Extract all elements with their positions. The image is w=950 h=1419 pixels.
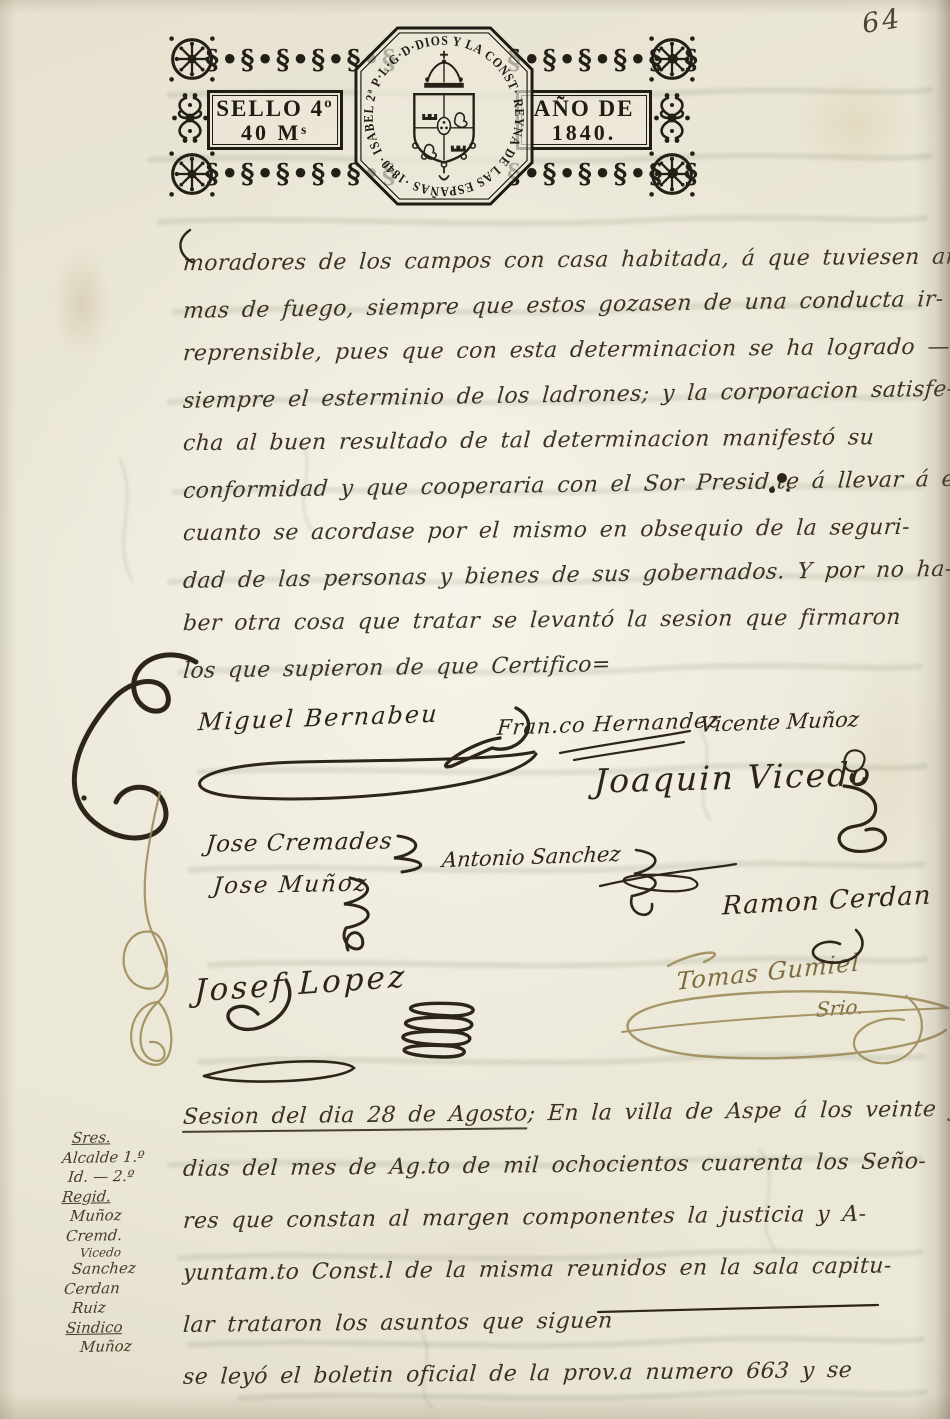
vicedo-rubric — [839, 786, 885, 851]
session-heading-line: Sesion del dia 28 de Agosto; En la villa… — [181, 1084, 934, 1144]
stamp-year-box: AÑO DE 1840. — [516, 90, 652, 150]
scroll-ornament-row: §•§•§•§•§•§ — [205, 150, 351, 202]
session-heading-rest: ; En la villa de Aspe á los veinte y och… — [527, 1096, 950, 1126]
session-line: lar trataron los asuntos que siguen — [181, 1292, 934, 1352]
margin-note: Muñoz — [69, 1205, 188, 1227]
body-line: los que supieron de que Certifico= — [181, 637, 929, 694]
margin-note: Alcalde 1.º — [61, 1146, 188, 1168]
signature-antonio-sanchez: Antonio Sanchez — [441, 842, 622, 872]
margin-note: Id. — 2.º — [67, 1166, 188, 1188]
scroll-ornament-row: §•§•§•§•§•§ — [205, 36, 351, 88]
revenue-stamp: §•§•§•§•§•§ §•§•§•§•§•§ §•§•§•§•§•§ §•§•… — [165, 35, 695, 207]
margin-note: Cerdan — [63, 1277, 188, 1299]
folio-number: 64 — [860, 3, 905, 40]
stamp-class-line2: 40 Mˢ — [241, 121, 309, 145]
signature-francisco-hernandez: Fran.co Hernandez — [496, 708, 721, 740]
margin-paraph — [74, 655, 196, 838]
session-line: dias del mes de Ag.to de mil ochocientos… — [181, 1136, 934, 1196]
signature-jose-cremades: Jose Cremades — [205, 828, 394, 857]
session-line: se leyó el boletin oficial de la prov.a … — [181, 1344, 934, 1404]
signature-secretary-title: Srio. — [815, 994, 864, 1022]
signature-jose-munoz: Jose Muñoz — [212, 871, 369, 900]
stamp-class-box: SELLO 4º 40 Mˢ — [207, 90, 343, 150]
paper-stain — [52, 250, 112, 360]
sanchez-rubric — [631, 850, 655, 915]
signature-ramon-cerdan: Ramon Cerdan — [722, 880, 932, 921]
stamp-year-line2: 1840. — [552, 121, 617, 145]
margin-note: Regid. — [61, 1185, 188, 1207]
scroll-cluster-ornament — [653, 89, 691, 147]
margin-note: Muñoz — [79, 1336, 188, 1357]
body-paragraph: moradores de los campos con casa habitad… — [183, 238, 928, 688]
stamp-octagon-seal: ISABEL 2ª P·L·G·D·DIOS Y LA CONST· REYNA… — [353, 24, 535, 208]
session-record: Sesion del dia 28 de Agosto; En la villa… — [183, 1088, 933, 1400]
signature-joaquin-vicedo: Joaquin Vicedo — [594, 754, 873, 800]
signature-vicente-munoz: Vicente Muñoz — [699, 707, 860, 737]
paper-stain — [790, 70, 920, 180]
margin-note: Sindico — [65, 1316, 188, 1338]
signature-miguel-bernabeu: Miguel Bernabeu — [197, 700, 440, 736]
margin-note: Sanchez — [71, 1258, 188, 1280]
signature-secretary: Tomas Gumiel — [676, 948, 861, 996]
margin-note: Cremd. — [65, 1224, 188, 1246]
session-line: yuntam.to Const.l de la misma reunidos e… — [181, 1240, 934, 1300]
stamp-year-line1: AÑO DE — [534, 96, 635, 121]
session-line: res que constan al margen componentes la… — [181, 1188, 934, 1248]
stamp-class-line1: SELLO 4º — [216, 96, 334, 121]
signature-josef-lopez: Josef Lopez — [194, 958, 408, 1009]
session-heading: Sesion del dia 28 de Agosto — [182, 1101, 528, 1133]
secretary-oval-flourish — [628, 991, 948, 1058]
manuscript-page: 64 — [0, 0, 950, 1419]
margin-note: Sres. — [71, 1127, 188, 1149]
margin-attendee-list: Sres. Alcalde 1.º Id. — 2.º Regid. Muñoz… — [62, 1128, 187, 1357]
scroll-cluster-ornament — [171, 89, 209, 147]
brown-margin-flourish — [141, 792, 168, 1061]
margin-note: Ruiz — [71, 1297, 188, 1319]
